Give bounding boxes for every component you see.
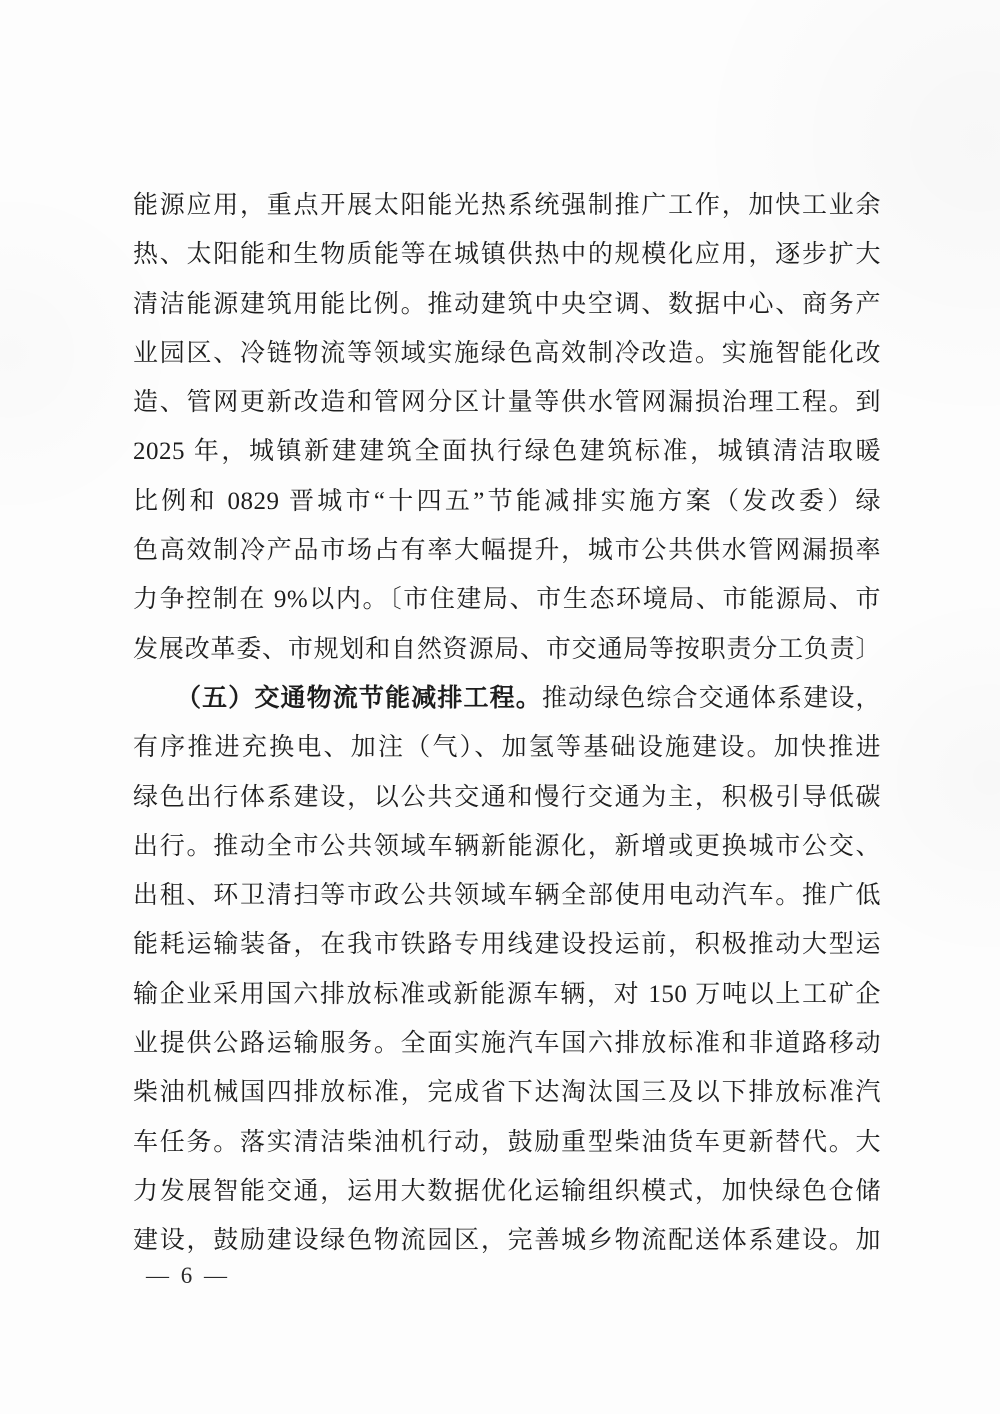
text-line: 色高效制冷产品市场占有率大幅提升，城市公共供水管网漏损率: [133, 526, 881, 575]
text-line: 车任务。落实清洁柴油机行动，鼓励重型柴油货车更新替代。大: [133, 1118, 881, 1167]
page: 能源应用，重点开展太阳能光热系统强制推广工作，加快工业余热、太阳能和生物质能等在…: [0, 0, 1000, 1414]
text-line: 有序推进充换电、加注（气）、加氢等基础设施建设。加快推进: [133, 723, 881, 772]
text-line: 力发展智能交通，运用大数据优化运输组织模式，加快绿色仓储: [133, 1167, 881, 1216]
section-heading: （五）交通物流节能减排工程。: [176, 685, 542, 712]
text-line: 业提供公路运输服务。全面实施汽车国六排放标准和非道路移动: [133, 1019, 881, 1068]
text-line: 清洁能源建筑用能比例。推动建筑中央空调、数据中心、商务产: [133, 280, 881, 329]
page-number: — 6 —: [146, 1262, 230, 1290]
text-run: 推动绿色综合交通体系建设，: [542, 685, 881, 712]
text-line: 造、管网更新改造和管网分区计量等供水管网漏损治理工程。到: [133, 378, 881, 427]
text-line: 发展改革委、市规划和自然资源局、市交通局等按职责分工负责〕: [133, 625, 881, 674]
text-line: 能耗运输装备，在我市铁路专用线建设投运前，积极推动大型运: [133, 920, 881, 969]
text-line: （五）交通物流节能减排工程。推动绿色综合交通体系建设，: [133, 674, 881, 723]
document-body: 能源应用，重点开展太阳能光热系统强制推广工作，加快工业余热、太阳能和生物质能等在…: [133, 181, 881, 1266]
text-line: 输企业采用国六排放标准或新能源车辆，对 150 万吨以上工矿企: [133, 970, 881, 1019]
text-line: 2025 年，城镇新建建筑全面执行绿色建筑标准，城镇清洁取暖: [133, 427, 881, 476]
text-line: 柴油机械国四排放标准，完成省下达淘汰国三及以下排放标准汽: [133, 1068, 881, 1117]
text-line: 比例和 0829 晋城市“十四五”节能减排实施方案（发改委）绿: [133, 477, 881, 526]
text-line: 出行。推动全市公共领域车辆新能源化，新增或更换城市公交、: [133, 822, 881, 871]
text-line: 力争控制在 9%以内。〔市住建局、市生态环境局、市能源局、市: [133, 575, 881, 624]
text-line: 建设，鼓励建设绿色物流园区，完善城乡物流配送体系建设。加: [133, 1216, 881, 1265]
text-line: 热、太阳能和生物质能等在城镇供热中的规模化应用，逐步扩大: [133, 230, 881, 279]
text-line: 业园区、冷链物流等领域实施绿色高效制冷改造。实施智能化改: [133, 329, 881, 378]
text-line: 绿色出行体系建设，以公共交通和慢行交通为主，积极引导低碳: [133, 773, 881, 822]
text-line: 出租、环卫清扫等市政公共领域车辆全部使用电动汽车。推广低: [133, 871, 881, 920]
text-line: 能源应用，重点开展太阳能光热系统强制推广工作，加快工业余: [133, 181, 881, 230]
